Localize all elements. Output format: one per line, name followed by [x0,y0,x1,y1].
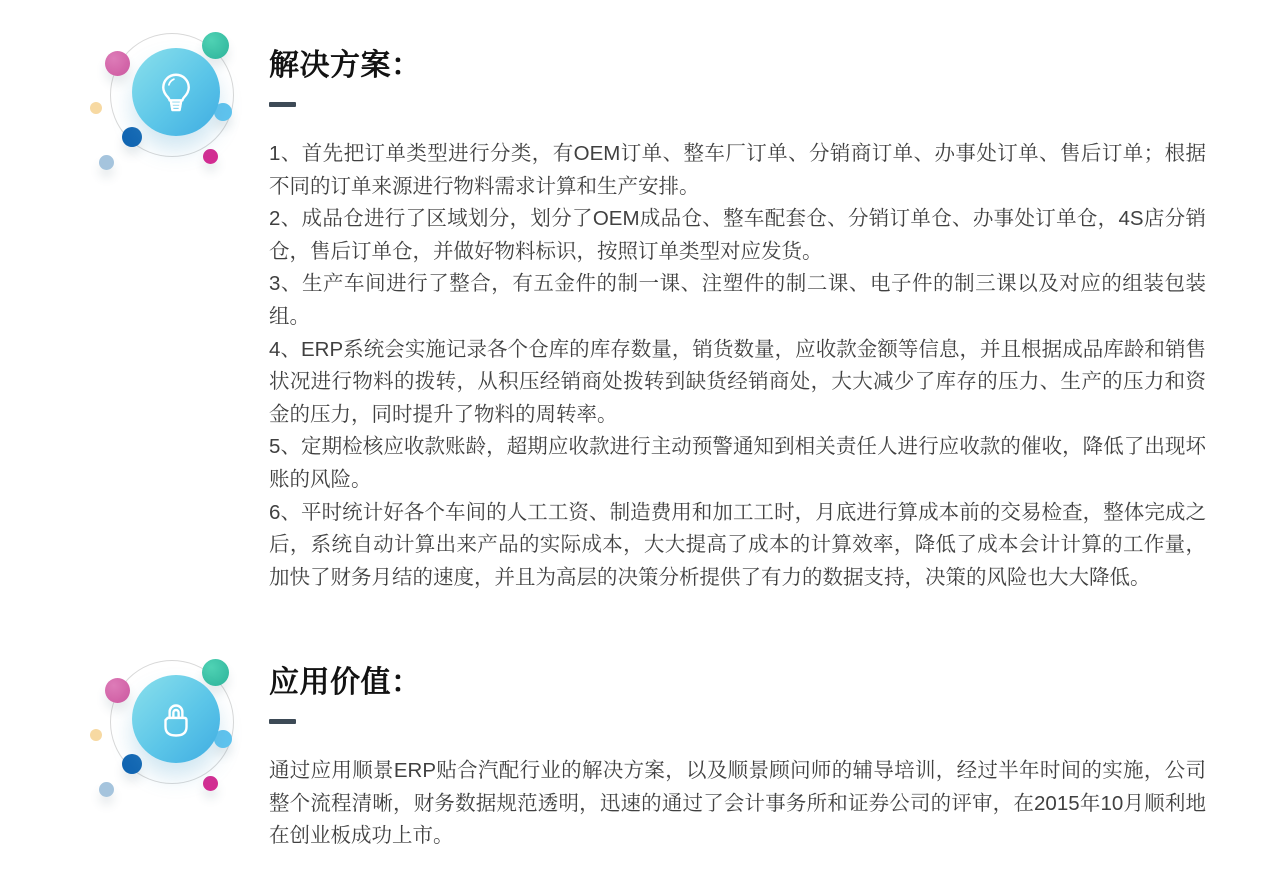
yellow-dot [90,729,102,741]
pink-dot [105,678,130,703]
magenta-dot [203,776,218,791]
dark-blue-dot [122,754,142,774]
solution-icon-group [84,20,240,190]
solution-item-1: 1、首先把订单类型进行分类，有OEM订单、整车厂订单、分销商订单、办事处订单、售… [269,138,1206,203]
teal-dot [202,32,229,59]
lightbulb-icon [132,48,220,136]
pink-dot [105,51,130,76]
teal-dot [202,659,229,686]
value-paragraphs: 通过应用顺景ERP贴合汽配行业的解决方案，以及顺景顾问师的辅导培训，经过半年时间… [269,755,1206,853]
value-icon-group [84,647,240,817]
steel-blue-dot [99,782,114,797]
value-paragraph: 通过应用顺景ERP贴合汽配行业的解决方案，以及顺景顾问师的辅导培训，经过半年时间… [269,755,1206,853]
lock-icon [132,675,220,763]
magenta-dot [203,149,218,164]
solution-item-3: 3、生产车间进行了整合，有五金件的制一课、注塑件的制二课、电子件的制三课以及对应… [269,268,1206,333]
value-section: 应用价值： 通过应用顺景ERP贴合汽配行业的解决方案，以及顺景顾问师的辅导培训，… [269,663,1206,853]
value-title: 应用价值： [269,663,1206,703]
solution-title: 解决方案： [269,46,1206,86]
title-underline [269,719,296,724]
solution-paragraphs: 1、首先把订单类型进行分类，有OEM订单、整车厂订单、分销商订单、办事处订单、售… [269,138,1206,594]
solution-item-2: 2、成品仓进行了区域划分，划分了OEM成品仓、整车配套仓、分销订单仓、办事处订单… [269,203,1206,268]
dark-blue-dot [122,127,142,147]
solution-section: 解决方案： 1、首先把订单类型进行分类，有OEM订单、整车厂订单、分销商订单、办… [269,46,1206,594]
steel-blue-dot [99,155,114,170]
solution-item-5: 5、定期检核应收款账龄，超期应收款进行主动预警通知到相关责任人进行应收款的催收，… [269,431,1206,496]
solution-item-4: 4、ERP系统会实施记录各个仓库的库存数量，销货数量，应收款金额等信息，并且根据… [269,334,1206,432]
page: 解决方案： 1、首先把订单类型进行分类，有OEM订单、整车厂订单、分销商订单、办… [0,0,1264,889]
solution-item-6: 6、平时统计好各个车间的人工工资、制造费用和加工工时，月底进行算成本前的交易检查… [269,497,1206,595]
title-underline [269,102,296,107]
yellow-dot [90,102,102,114]
